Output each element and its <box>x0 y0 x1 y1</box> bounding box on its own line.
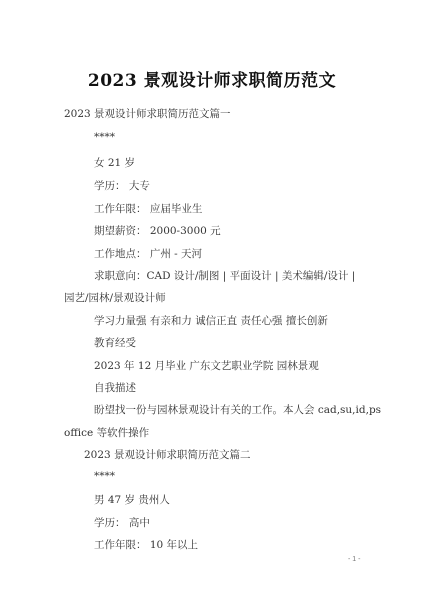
text-line: 女 21 岁 <box>94 155 135 170</box>
document-title: 2023 景观设计师求职简历范文 <box>0 66 424 91</box>
page-number: - 1 - <box>348 556 360 563</box>
text-line: 2023 年 12 月毕业 广东文艺职业学院 园林景观 <box>94 358 319 373</box>
text-line: 工作地点： 广州 - 天河 <box>94 246 202 261</box>
text-line: 学历： 高中 <box>94 515 150 530</box>
text-line: 工作年限： 10 年以上 <box>94 537 198 552</box>
text-line: office 等软件操作 <box>64 425 149 440</box>
text-line: 求职意向：CAD 设计/制图 | 平面设计 | 美术编辑/设计 | <box>94 268 355 283</box>
text-line: 教育经受 <box>94 335 136 350</box>
text-line: 男 47 岁 贵州人 <box>94 492 170 507</box>
text-line: 2023 景观设计师求职简历范文篇一 <box>64 106 231 121</box>
text-line: 2023 景观设计师求职简历范文篇二 <box>84 447 251 462</box>
text-line: 学历： 大专 <box>94 178 150 193</box>
text-line: **** <box>94 470 115 482</box>
text-line: 园艺/园林/景观设计师 <box>64 290 166 305</box>
text-line: 盼望找一份与园林景观设计有关的工作。本人会 cad,su,id,ps <box>94 402 381 417</box>
text-line: 期望薪资： 2000-3000 元 <box>94 223 221 238</box>
text-line: **** <box>94 131 115 143</box>
text-line: 工作年限： 应届毕业生 <box>94 201 202 216</box>
text-line: 学习力量强 有亲和力 诚信正直 责任心强 擅长创新 <box>94 313 328 328</box>
text-line: 自我描述 <box>94 380 136 395</box>
